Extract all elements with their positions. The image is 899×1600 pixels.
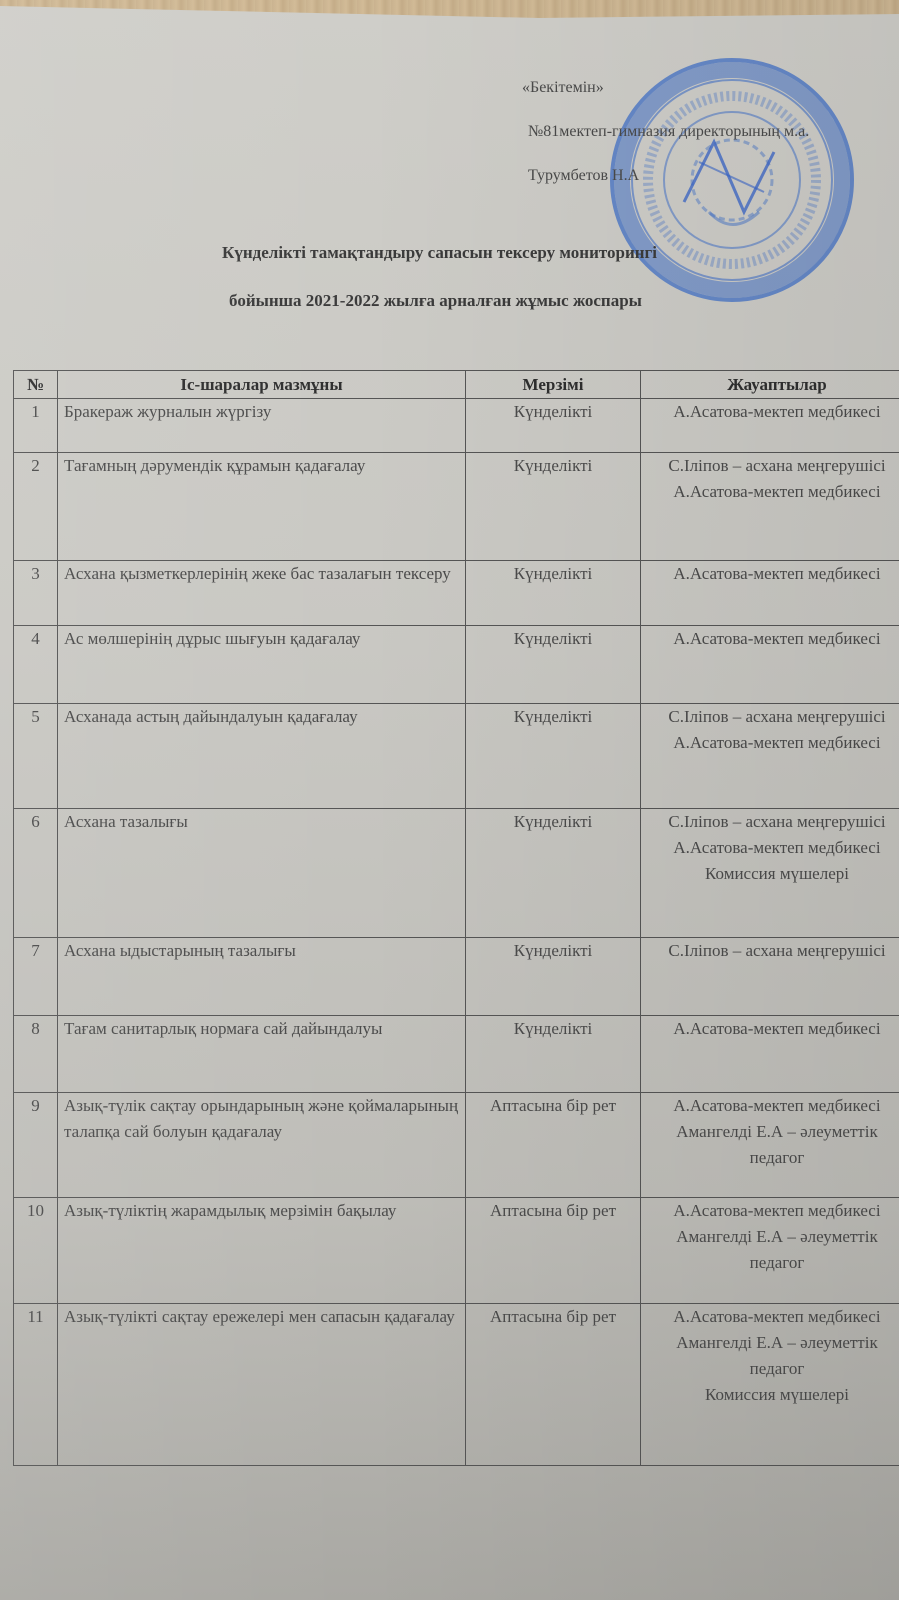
- row-number: 9: [14, 1093, 58, 1198]
- table-row: 8Тағам санитарлық нормаға сай дайындалуы…: [14, 1016, 899, 1093]
- table-row: 10Азық-түліктің жарамдылық мерзімін бақы…: [14, 1198, 899, 1304]
- activity-cell: Азық-түлікті сақтау ережелері мен сапасы…: [58, 1304, 466, 1466]
- header-number: №: [14, 371, 58, 399]
- row-number: 3: [14, 561, 58, 626]
- term-cell: Күнделікті: [466, 399, 641, 453]
- responsible-person: А.Асатова-мектеп медбикесі: [647, 1016, 899, 1042]
- term-cell: Күнделікті: [466, 938, 641, 1016]
- responsible-person: А.Асатова-мектеп медбикесі: [647, 1198, 899, 1224]
- document-title-line-2: бойынша 2021-2022 жылға арналған жұмыс ж…: [0, 291, 885, 311]
- header-activity: Іс-шаралар мазмұны: [58, 371, 466, 399]
- responsible-cell: А.Асатова-мектеп медбикесіАмангелді Е.А …: [641, 1093, 899, 1198]
- row-number: 6: [14, 809, 58, 938]
- activity-cell: Асхана ыдыстарының тазалығы: [58, 938, 466, 1016]
- responsible-person: С.Іліпов – асхана меңгерушісі: [647, 938, 899, 964]
- header-term: Мерзімі: [466, 371, 641, 399]
- responsible-cell: А.Асатова-мектеп медбикесі: [641, 626, 899, 704]
- responsible-person: С.Іліпов – асхана меңгерушісі: [647, 453, 899, 479]
- row-number: 1: [14, 399, 58, 453]
- activity-cell: Тағамның дәрумендік құрамын қадағалау: [58, 453, 466, 561]
- table-row: 2Тағамның дәрумендік құрамын қадағалауКү…: [14, 453, 899, 561]
- approval-heading: «Бекітемін»: [522, 80, 604, 96]
- term-cell: Күнделікті: [466, 561, 641, 626]
- term-cell: Аптасына бір рет: [466, 1093, 641, 1198]
- responsible-person: А.Асатова-мектеп медбикесі: [647, 1093, 899, 1119]
- approver-position: №81мектеп-гимназия директорының м.а.: [528, 124, 809, 140]
- responsible-person: А.Асатова-мектеп медбикесі: [647, 561, 899, 587]
- responsible-cell: А.Асатова-мектеп медбикесіАмангелді Е.А …: [641, 1304, 899, 1466]
- wooden-table-edge: [0, 0, 899, 20]
- responsible-person: Амангелді Е.А – әлеуметтік педагог: [647, 1330, 899, 1382]
- responsible-person: Амангелді Е.А – әлеуметтік педагог: [647, 1119, 899, 1171]
- table-row: 4Ас мөлшерінің дұрыс шығуын қадағалауКүн…: [14, 626, 899, 704]
- term-cell: Күнделікті: [466, 1016, 641, 1093]
- responsible-person: Комиссия мүшелері: [647, 861, 899, 887]
- table-row: 7Асхана ыдыстарының тазалығыКүнделіктіС.…: [14, 938, 899, 1016]
- table-header-row: № Іс-шаралар мазмұны Мерзімі Жауаптылар: [14, 371, 899, 399]
- responsible-cell: С.Іліпов – асхана меңгерушісіА.Асатова-м…: [641, 704, 899, 809]
- activity-cell: Азық-түлік сақтау орындарының және қойма…: [58, 1093, 466, 1198]
- activity-cell: Ас мөлшерінің дұрыс шығуын қадағалау: [58, 626, 466, 704]
- responsible-person: Комиссия мүшелері: [647, 1382, 899, 1408]
- table-row: 6Асхана тазалығыКүнделіктіС.Іліпов – асх…: [14, 809, 899, 938]
- table-row: 1Бракераж журналын жүргізуКүнделіктіА.Ас…: [14, 399, 899, 453]
- activity-cell: Тағам санитарлық нормаға сай дайындалуы: [58, 1016, 466, 1093]
- term-cell: Күнделікті: [466, 626, 641, 704]
- row-number: 5: [14, 704, 58, 809]
- term-cell: Аптасына бір рет: [466, 1304, 641, 1466]
- responsible-cell: А.Асатова-мектеп медбикесі: [641, 561, 899, 626]
- responsible-cell: С.Іліпов – асхана меңгерушісіА.Асатова-м…: [641, 453, 899, 561]
- official-seal-stamp-icon: [610, 58, 854, 302]
- row-number: 7: [14, 938, 58, 1016]
- activity-cell: Асханада астың дайындалуын қадағалау: [58, 704, 466, 809]
- activity-cell: Бракераж журналын жүргізу: [58, 399, 466, 453]
- responsible-person: А.Асатова-мектеп медбикесі: [647, 399, 899, 425]
- row-number: 11: [14, 1304, 58, 1466]
- responsible-cell: С.Іліпов – асхана меңгерушісі: [641, 938, 899, 1016]
- responsible-person: А.Асатова-мектеп медбикесі: [647, 479, 899, 505]
- responsible-cell: А.Асатова-мектеп медбикесі: [641, 1016, 899, 1093]
- term-cell: Күнделікті: [466, 704, 641, 809]
- term-cell: Аптасына бір рет: [466, 1198, 641, 1304]
- approver-name: Турумбетов Н.А: [528, 168, 639, 184]
- activity-cell: Азық-түліктің жарамдылық мерзімін бақыла…: [58, 1198, 466, 1304]
- document-title-line-1: Күнделікті тамақтандыру сапасын тексеру …: [0, 243, 889, 263]
- table-row: 5Асханада астың дайындалуын қадағалауКүн…: [14, 704, 899, 809]
- responsible-cell: С.Іліпов – асхана меңгерушісіА.Асатова-м…: [641, 809, 899, 938]
- responsible-person: С.Іліпов – асхана меңгерушісі: [647, 704, 899, 730]
- row-number: 10: [14, 1198, 58, 1304]
- responsible-person: А.Асатова-мектеп медбикесі: [647, 730, 899, 756]
- work-plan-table: № Іс-шаралар мазмұны Мерзімі Жауаптылар …: [13, 370, 899, 1466]
- row-number: 4: [14, 626, 58, 704]
- table-row: 9Азық-түлік сақтау орындарының және қойм…: [14, 1093, 899, 1198]
- responsible-person: А.Асатова-мектеп медбикесі: [647, 626, 899, 652]
- responsible-cell: А.Асатова-мектеп медбикесі: [641, 399, 899, 453]
- activity-cell: Асхана тазалығы: [58, 809, 466, 938]
- activity-cell: Асхана қызметкерлерінің жеке бас тазалағ…: [58, 561, 466, 626]
- row-number: 2: [14, 453, 58, 561]
- responsible-person: Амангелді Е.А – әлеуметтік педагог: [647, 1224, 899, 1276]
- table-row: 11Азық-түлікті сақтау ережелері мен сапа…: [14, 1304, 899, 1466]
- responsible-person: А.Асатова-мектеп медбикесі: [647, 1304, 899, 1330]
- table-row: 3Асхана қызметкерлерінің жеке бас тазала…: [14, 561, 899, 626]
- responsible-person: А.Асатова-мектеп медбикесі: [647, 835, 899, 861]
- responsible-person: С.Іліпов – асхана меңгерушісі: [647, 809, 899, 835]
- term-cell: Күнделікті: [466, 809, 641, 938]
- responsible-cell: А.Асатова-мектеп медбикесіАмангелді Е.А …: [641, 1198, 899, 1304]
- header-responsible: Жауаптылар: [641, 371, 899, 399]
- row-number: 8: [14, 1016, 58, 1093]
- term-cell: Күнделікті: [466, 453, 641, 561]
